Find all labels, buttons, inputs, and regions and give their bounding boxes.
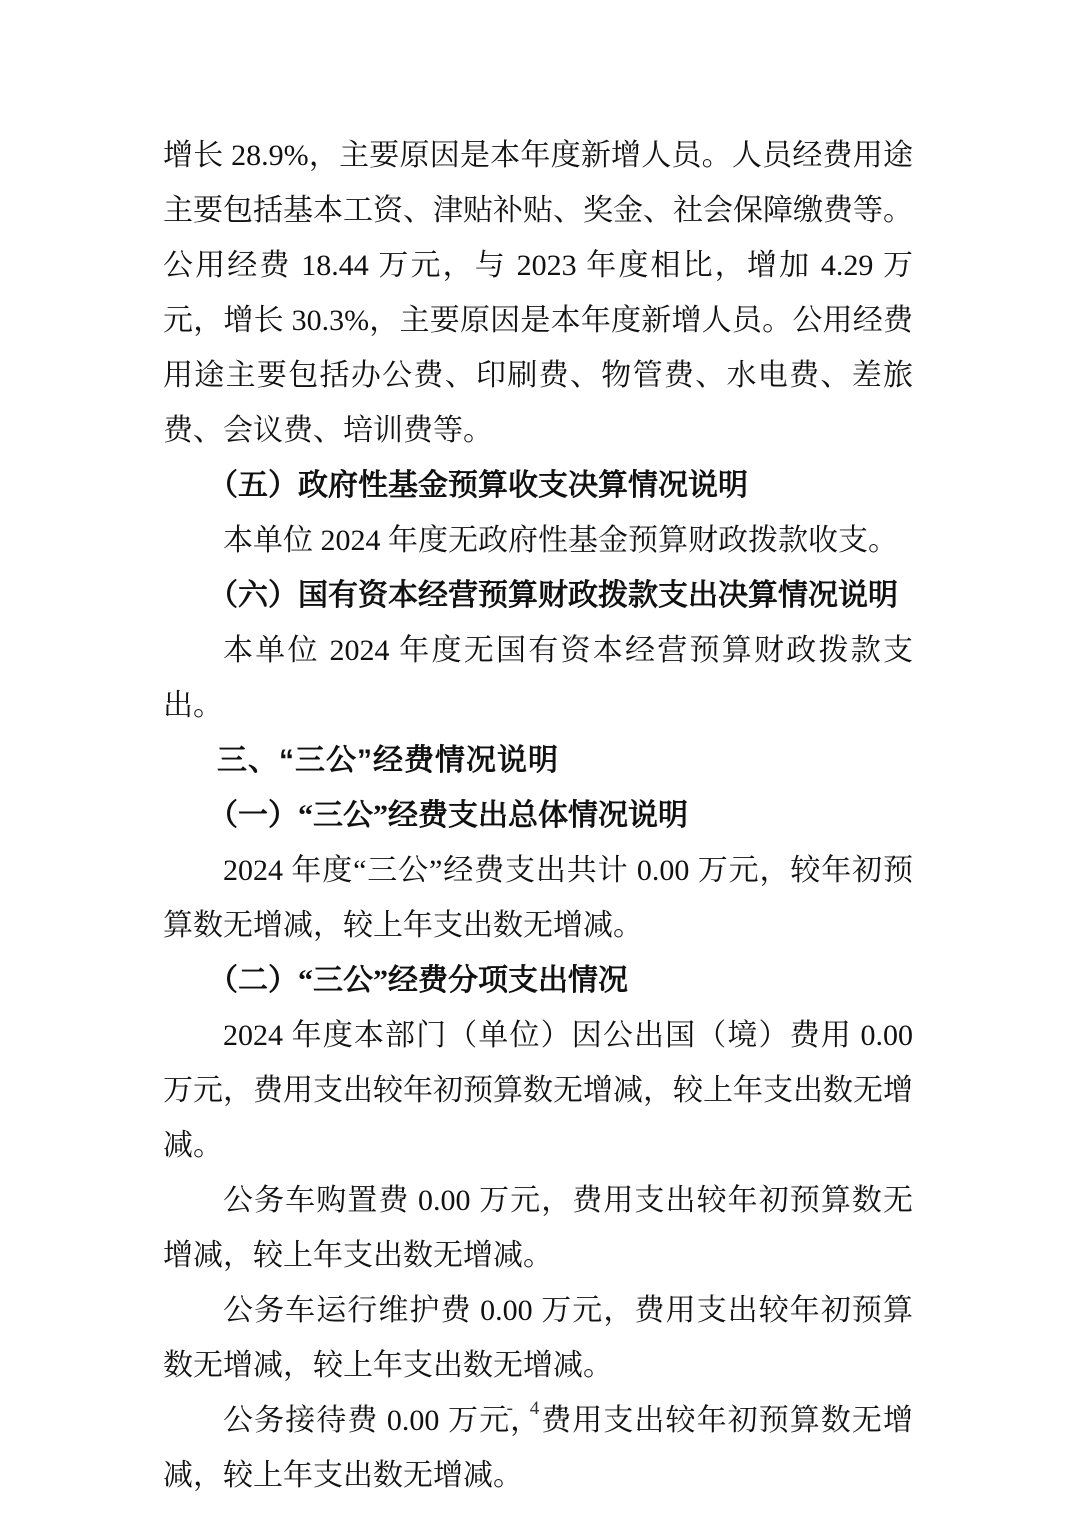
paragraph: 增长 28.9%，主要原因是本年度新增人员。人员经费用途主要包括基本工资、津贴补… — [163, 128, 913, 458]
paragraph: 公务车运行维护费 0.00 万元，费用支出较年初预算数无增减，较上年支出数无增减… — [163, 1283, 913, 1393]
paragraph: 2024 年度本部门（单位）因公出国（境）费用 0.00 万元，费用支出较年初预… — [163, 1008, 913, 1173]
sub-heading: （五）政府性基金预算收支决算情况说明 — [163, 458, 913, 513]
sub-heading: （二）“三公”经费分项支出情况 — [163, 953, 913, 1008]
section-heading: 三、“三公”经费情况说明 — [163, 733, 913, 788]
paragraph: 公务车购置费 0.00 万元，费用支出较年初预算数无增减，较上年支出数无增减。 — [163, 1173, 913, 1283]
sub-heading: （六）国有资本经营预算财政拨款支出决算情况说明 — [163, 568, 913, 623]
page-number: - 4 - — [507, 1398, 569, 1419]
paragraph: 本单位 2024 年度无国有资本经营预算财政拨款支出。 — [163, 623, 913, 733]
document-content: 增长 28.9%，主要原因是本年度新增人员。人员经费用途主要包括基本工资、津贴补… — [163, 128, 913, 1503]
paragraph: 2024 年度“三公”经费支出共计 0.00 万元，较年初预算数无增减，较上年支… — [163, 843, 913, 953]
paragraph: 本单位 2024 年度无政府性基金预算财政拨款收支。 — [163, 513, 913, 568]
document-page: 增长 28.9%，主要原因是本年度新增人员。人员经费用途主要包括基本工资、津贴补… — [0, 0, 1075, 1520]
sub-heading: （一）“三公”经费支出总体情况说明 — [163, 788, 913, 843]
page-footer: - 4 - — [0, 1398, 1075, 1420]
